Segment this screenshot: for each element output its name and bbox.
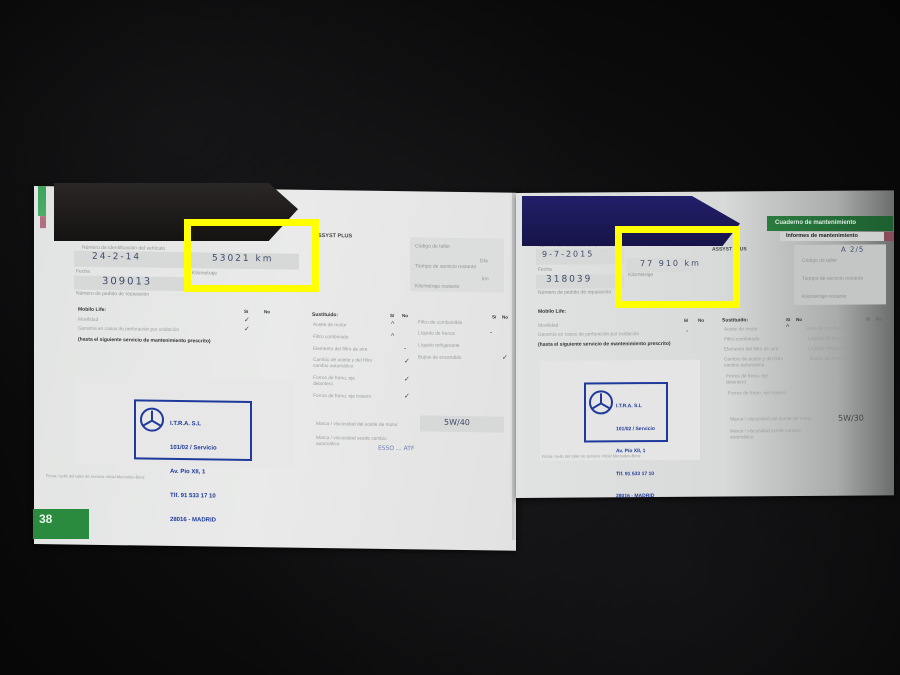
- replaced-combined-filter-right: Filtro combinado: [724, 337, 759, 342]
- workshop-code-label: Código de taller: [415, 243, 450, 249]
- mobilo-title-right: Mobilo Life:: [538, 309, 566, 315]
- workshop-stamp: I.T.R.A. S.L 101/02 / Servicio Av. Pío X…: [134, 399, 252, 461]
- engine-oil-brand-label: Marca / viscosidad del aceite de motor: [316, 422, 398, 428]
- replaced-front-brake-pads: Forros de freno, eje delantero: [313, 376, 367, 389]
- replaced-fuel-filter: Filtro de combustible: [418, 320, 462, 326]
- air-filter-mark: -: [404, 345, 406, 352]
- brake-fluid-mark: -: [490, 329, 492, 336]
- mercedes-star-icon: [140, 407, 164, 431]
- red-header-tab: [884, 232, 894, 241]
- replaced-air-filter-right: Elemento del filtro de aire: [724, 347, 778, 352]
- stamp-line-city-right: 28016 - MADRID: [616, 493, 655, 501]
- front-brake-mark: ✓: [404, 375, 410, 383]
- replaced-brake-fluid-right: Líquido de frenos: [808, 337, 845, 342]
- remaining-days-unit: Día: [480, 258, 488, 264]
- order-value-right: 318039: [546, 274, 592, 284]
- highlight-box-left-km: [184, 219, 319, 292]
- replaced-spark-plugs: Bujías de encendido: [418, 355, 461, 361]
- replaced-auto-trans-right: Cambio de aceite y del filtro cambio aut…: [724, 357, 784, 369]
- engine-oil-mark: ^: [391, 321, 394, 328]
- page-number: 38: [33, 509, 89, 539]
- replaced-no-right: No: [796, 317, 802, 322]
- stamp-text-right: I.T.R.A. S.L 101/02 / Servicio Av. Pío X…: [616, 388, 655, 516]
- remaining-km-label: Kilometraje restante: [415, 283, 459, 290]
- replaced-brake-fluid: Líquido de frenos: [418, 331, 455, 337]
- replaced-yes-right-2: Sí: [866, 317, 870, 322]
- mobilo-note: (hasta el siguiente servicio de mantenim…: [78, 337, 211, 345]
- replaced-auto-trans-oil: Cambio de aceite y del filtro cambio aut…: [313, 358, 377, 371]
- mobilo-yes-header: Sí: [244, 309, 248, 314]
- mobilo-item-mobility: Movilidad: [78, 318, 98, 323]
- mobilo-mobility-check: ✓: [244, 316, 250, 324]
- spark-plugs-mark: ✓: [502, 354, 508, 362]
- remaining-km-label-right: Kilometraje restante: [802, 294, 846, 300]
- mobilo-rust-mark-right: -: [686, 328, 688, 335]
- stamp-line-phone-right: Tlf. 91 533 17 10: [616, 471, 655, 479]
- replaced-rear-brake-pads: Forros de freno, eje trasero: [313, 394, 371, 400]
- date-label-right: Fecha: [538, 267, 552, 273]
- stamp-line-company: I.T.R.A. S.L: [170, 420, 217, 429]
- replaced-combined-filter: Filtro combinado: [313, 335, 348, 340]
- mobilo-no-right: No: [698, 318, 704, 323]
- stamp-line-service: 101/02 / Servicio: [170, 444, 217, 453]
- green-page-edge: [38, 186, 46, 216]
- remaining-km-unit: km: [482, 276, 489, 282]
- replaced-no-right-2: No: [876, 316, 882, 321]
- maintenance-reports-subheader: Informes de mantenimiento: [780, 232, 884, 241]
- order-label-right: Número de pedido de reparación: [538, 289, 611, 296]
- replaced-spark-plugs-right: Bujías de encendido: [810, 357, 853, 362]
- auto-trans-oil-label-right: Marca / viscosidad aceite cambio automát…: [730, 429, 806, 442]
- signature-caption: Firma / sello del taller de servicio ofi…: [46, 473, 145, 479]
- signature-caption-right: Firma / sello del taller de servicio ofi…: [542, 453, 641, 459]
- replaced-coolant-right: Líquido refrigerante: [808, 347, 850, 352]
- engine-oil-value-right: 5W/30: [838, 414, 864, 423]
- replaced-engine-oil-right: Aceite de motor: [724, 327, 758, 332]
- auto-trans-oil-mark: ✓: [404, 357, 410, 365]
- combined-filter-mark: ^: [391, 333, 394, 340]
- mobilo-title: Mobilo Life:: [78, 307, 106, 313]
- red-page-edge: [40, 216, 46, 228]
- replaced-yes-header-2: Sí: [492, 314, 496, 319]
- mobilo-rust-right: Garantía en casos de perforación por oxi…: [538, 332, 639, 338]
- mobilo-no-header: No: [264, 309, 270, 314]
- mobilo-item-rust-warranty: Garantía en casos de perforación por oxi…: [78, 327, 179, 333]
- replaced-title-right: Sustituido:: [722, 317, 748, 323]
- replaced-title: Sustituido:: [312, 312, 338, 318]
- workshop-stamp-right: I.T.R.A. S.L 101/02 / Servicio Av. Pío X…: [584, 382, 668, 443]
- date-label: Fecha: [76, 269, 90, 275]
- replaced-rear-brake-right: Forros de freno, eje trasero: [728, 391, 786, 396]
- engine-oil-mark-right: ^: [786, 324, 789, 331]
- highlight-box-right-km: [615, 226, 740, 308]
- replaced-coolant: Líquido refrigerante: [418, 343, 460, 349]
- stamp-line-company-right: I.T.R.A. S.L: [616, 403, 655, 411]
- replaced-no-header: No: [402, 313, 408, 318]
- replaced-yes-right: Sí: [786, 317, 790, 322]
- stamp-line-city: 28016 - MADRID: [170, 516, 217, 525]
- auto-trans-oil-value: ESSO ... ATF: [378, 445, 414, 453]
- replaced-fuel-filter-right: Filtro de combustible: [806, 327, 850, 332]
- workshop-code-label-right: Código de taller: [802, 258, 837, 264]
- mobilo-mobility-right: Movilidad: [538, 324, 558, 329]
- maintenance-book-header: Cuaderno de mantenimiento: [767, 216, 893, 231]
- mercedes-star-icon-right: [589, 390, 613, 414]
- replaced-front-brake-right: Forros de freno, eje delantero: [726, 374, 768, 386]
- workshop-code-value-right: A 2/5: [841, 246, 864, 254]
- remaining-time-label-right: Tiempo de servicio restante: [802, 276, 863, 282]
- stamp-line-address: Av. Pío XII, 1: [170, 468, 217, 477]
- date-value: 24-2-14: [92, 252, 141, 263]
- stamp-text: I.T.R.A. S.L 101/02 / Servicio Av. Pío X…: [170, 404, 217, 541]
- replaced-engine-oil: Aceite de motor: [313, 323, 347, 328]
- engine-oil-label-right: Marca / viscosidad del aceite de motor: [730, 417, 812, 423]
- assyst-plus-label: ASSYST PLUS: [314, 233, 352, 240]
- engine-oil-brand-value: 5W/40: [444, 418, 470, 427]
- order-value: 309013: [102, 276, 152, 288]
- mobilo-note-right: (hasta el siguiente servicio de mantenim…: [538, 341, 671, 348]
- mobilo-rust-check: ✓: [244, 325, 250, 333]
- replaced-air-filter: Elemento del filtro de aire: [313, 347, 367, 353]
- replaced-yes-header: Sí: [390, 313, 394, 318]
- stamp-line-phone: Tlf. 91 533 17 10: [170, 492, 217, 501]
- date-value-right: 9-7-2015: [542, 249, 594, 258]
- order-label: Número de pedido de reparación: [76, 291, 149, 298]
- rear-brake-mark: ✓: [404, 392, 410, 400]
- replaced-no-header-2: No: [502, 315, 508, 320]
- mobilo-mobility-mark-right: ': [684, 320, 685, 327]
- remaining-time-label: Tiempo de servicio restante: [415, 263, 476, 270]
- stamp-line-service-right: 101/02 / Servicio: [616, 426, 655, 434]
